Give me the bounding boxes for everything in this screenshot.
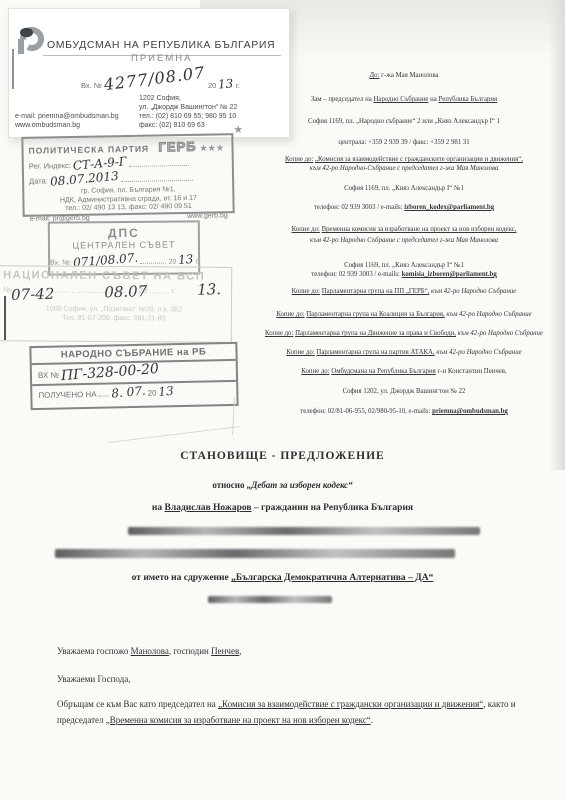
recipient-line: Копие до: Парламентарна група на Коалици… bbox=[250, 311, 558, 319]
recipient-line: София 1169, пл. „Княз Александър I“ №1 bbox=[250, 185, 558, 193]
body-paragraph: Обръщам се към Вас като председател на „… bbox=[57, 697, 519, 728]
address-line: 1202 София, bbox=[139, 94, 237, 103]
recipient-text: Копие до: bbox=[292, 226, 320, 233]
recipient-text: София 1169, пл. „Княз Александър I“ №1 bbox=[344, 262, 464, 269]
recipient-line: към 42-ро Народно Събрание с председател… bbox=[250, 237, 558, 245]
year-suffix: г. bbox=[236, 81, 240, 90]
ombudsman-letterhead: ОМБУДСМАН НА РЕПУБЛИКА БЪЛГАРИЯ ПРИЕМНА … bbox=[8, 8, 290, 138]
recipient-line: телефон: 02/81-06-955, 02/980-95-10, e-m… bbox=[250, 408, 558, 416]
bsp-address-line: Тел. 81-07-200, факс: 981-21-85 bbox=[3, 313, 225, 324]
greeting-text: , господин bbox=[169, 646, 211, 656]
dotted-line bbox=[121, 173, 193, 182]
subject-line: относно „Дебат за изборен кодекс“ bbox=[0, 480, 565, 490]
dps-subtitle: ЦЕНТРАЛЕН СЪВЕТ bbox=[50, 239, 198, 250]
date-label: Дата: bbox=[29, 176, 48, 185]
handwritten-ns-year: 13 bbox=[158, 384, 174, 399]
entry-number-field: Вх. № bbox=[81, 81, 102, 90]
dotted-line bbox=[129, 158, 189, 167]
national-assembly-stamp: НАРОДНО СЪБРАНИЕ на РБ ВХ № ПГ-328-00-20… bbox=[29, 342, 238, 410]
recipient-line: телефон: 02 939 3003 / e-mails: izboren_… bbox=[250, 204, 558, 212]
recipient-text: Копие до: bbox=[276, 311, 304, 318]
gerb-party-stamp: ★ ПОЛИТИЧЕСКА ПАРТИЯ ГЕРБ ★★★ Рег. Индек… bbox=[21, 133, 234, 217]
recipient-line: телефон: 02 939 3003 / e-mails: komisia_… bbox=[250, 271, 558, 279]
recipient-line: София 1169, пл. „Народно събрание“ 2 или… bbox=[250, 118, 558, 126]
recipient-text: Република България bbox=[439, 96, 498, 103]
recipient-line: Копие до: Парламентарна група на Движени… bbox=[250, 330, 558, 338]
letterhead-website: www.ombudsman.bg bbox=[15, 121, 119, 130]
recipient-text: Копие до: bbox=[301, 368, 329, 375]
ns-year-prefix: 20 bbox=[148, 389, 157, 398]
recipient-line: Копие до: Временна комисия за изработван… bbox=[250, 226, 558, 234]
dotted-line bbox=[141, 256, 167, 264]
scan-mark bbox=[4, 296, 6, 340]
handwritten-year: 13 bbox=[218, 76, 234, 91]
recipient-text: Копие до: bbox=[285, 156, 313, 163]
recipient-text: телефон: 02 939 3003 / e-mails: bbox=[314, 204, 404, 211]
address-line: ул. „Джордж Вашингтон“ № 22 bbox=[139, 103, 237, 112]
recipient-text: izboren_kodex@parliament.bg bbox=[404, 204, 494, 211]
recipient-text: Парламентарна група на Коалиция за Бълга… bbox=[306, 311, 444, 318]
recipient-text: на bbox=[428, 96, 438, 103]
recipient-name: Пенчев bbox=[211, 646, 239, 656]
greeting-text: Уважаема госпожо bbox=[57, 646, 131, 656]
committee-name: „Временна комисия за изработване на прое… bbox=[106, 715, 371, 725]
recipient-line: София 1202, ул. Джордж Вашингтон № 22 bbox=[250, 388, 558, 396]
committee-name: „Комисия за взаимодействие с граждански … bbox=[218, 699, 483, 709]
dps-title: ДПС bbox=[50, 225, 198, 240]
subject-quote: „Дебат за изборен кодекс“ bbox=[247, 480, 353, 490]
recipient-text: Зам – председател на bbox=[311, 96, 374, 103]
address-line: тел.: (02) 810 69 55; 980 95 10 bbox=[139, 112, 237, 121]
recipient-text: komisia_izboren@parliament.bg bbox=[402, 271, 497, 278]
priemna-entry-stamp: ПРИЕМНА Вх. № 4277/08.07 20 13 г. bbox=[81, 51, 241, 97]
handwritten-bsp-year: 13. bbox=[197, 280, 221, 299]
bsp-stamp: НАЦИОНАЛЕН СЪВЕТ НА БСП № ..............… bbox=[0, 265, 232, 343]
dps-year-prefix: 20 bbox=[169, 259, 177, 266]
paper-crease bbox=[108, 426, 239, 443]
gerb-website: www.gerb.bg bbox=[187, 212, 228, 220]
document-title: СТАНОВИЩЕ - ПРЕДЛОЖЕНИЕ bbox=[0, 450, 565, 462]
recipient-text: София 1169, пл. „Княз Александър I“ №1 bbox=[344, 185, 464, 192]
recipient-text: Парламентарна група на ПП „ГЕРБ“, bbox=[322, 288, 430, 295]
recipient-text: Парламентарна група на Движение за права… bbox=[295, 330, 456, 337]
recipient-text: Парламентарна група на партия АТАКА, bbox=[316, 349, 434, 356]
recipient-text: г-жа Мая Манолова bbox=[379, 72, 438, 79]
greeting-line: Уважаеми Господа, bbox=[57, 674, 130, 684]
recipient-line: Копие до: Омбудсмана на Република Българ… bbox=[250, 368, 558, 376]
greeting-text: , bbox=[239, 646, 241, 656]
paragraph-text: . bbox=[371, 715, 373, 725]
ns-entry-field: ВХ № bbox=[38, 371, 59, 380]
gerb-party-label: ПОЛИТИЧЕСКА ПАРТИЯ bbox=[28, 144, 149, 156]
recipient-line: Зам – председател на Народно Събрание на… bbox=[250, 96, 558, 104]
author-name: Владислав Ножаров bbox=[165, 503, 252, 513]
entry-number-row: Вх. № 4277/08.07 20 13 г. bbox=[81, 73, 240, 92]
handwritten-ns-number: ПГ-328-00-20 bbox=[61, 361, 160, 384]
recipient-text: към 42-ро Народно Събрание bbox=[429, 288, 516, 295]
recipient-text: София 1202, ул. Джордж Вашингтон № 22 bbox=[343, 388, 466, 395]
recipient-text: към 42-ро Народно Събрание bbox=[456, 330, 543, 337]
recipient-text: Копие до: bbox=[292, 288, 320, 295]
recipient-text: г-н Константин Пенчев, bbox=[436, 368, 507, 375]
recipient-text: priemna@ombudsman.bg bbox=[432, 408, 508, 415]
reg-index-label: Рег. Индекс: bbox=[29, 161, 71, 171]
year-prefix: 20 bbox=[208, 81, 216, 90]
handwritten-bsp-number: 07-42 bbox=[11, 285, 55, 304]
recipient-name: Манолова bbox=[131, 646, 169, 656]
recipient-text: към 42-ро Народно Събрание с председател… bbox=[310, 237, 498, 244]
ns-received-field: ПОЛУЧЕНО НА bbox=[38, 390, 96, 400]
recipient-text: Копие до: bbox=[286, 349, 314, 356]
handwritten-bsp-entry: 07-42 08.07 13. bbox=[11, 280, 221, 304]
author-prefix: на bbox=[152, 503, 165, 513]
handwritten-date: 08.07.2013 bbox=[49, 169, 119, 189]
gerb-address: гр. София, пл. България №1, НДК, Админис… bbox=[29, 185, 227, 214]
recipient-text: София 1169, пл. „Народно събрание“ 2 или… bbox=[308, 118, 500, 125]
recipient-text: към 42-ро Народно Събрание bbox=[445, 311, 532, 318]
recipient-line: централа: +359 2 939 39 / факс: +359 2 9… bbox=[250, 139, 558, 147]
ombudsman-eye-logo bbox=[15, 25, 45, 59]
handwritten-bsp-date: 08.07 bbox=[104, 282, 147, 301]
handwritten-entry-number: 4277/08.07 bbox=[103, 63, 206, 94]
recipient-text: към 42-ро Народно Събрание bbox=[435, 349, 522, 356]
greeting-line: Уважаема госпожо Манолова, господин Пенч… bbox=[57, 646, 241, 656]
recipient-text: Народно Събрание bbox=[374, 96, 429, 103]
redacted-line bbox=[55, 549, 455, 558]
recipient-text: Временна комисия за изработване на проек… bbox=[322, 226, 517, 233]
recipient-text: централа: +359 2 939 39 / факс: +359 2 9… bbox=[338, 139, 469, 146]
recipients: До: г-жа Мая МаноловаЗам – председател н… bbox=[250, 66, 558, 426]
recipient-text: телефон: 02 939 3003 / e-mails: bbox=[311, 271, 401, 278]
association-name: „Българска Демократична Алтернатива – ДА… bbox=[231, 573, 433, 583]
recipient-text: към 42-ро Народно-Събрание с председател… bbox=[310, 165, 499, 172]
letterhead-address-block: 1202 София, ул. „Джордж Вашингтон“ № 22 … bbox=[139, 94, 237, 130]
recipient-text: „Комисия за взаимодействие с гражданскит… bbox=[315, 156, 523, 163]
letterhead-email: e-mail: priemna@ombudsman.bg bbox=[15, 112, 119, 121]
redacted-line bbox=[128, 527, 480, 535]
recipient-line: До: г-жа Мая Манолова bbox=[250, 72, 558, 80]
gerb-date-row: Дата: 08.07.2013 bbox=[29, 169, 227, 186]
recipient-line: Копие до: „Комисия за взаимодействие с г… bbox=[250, 156, 558, 164]
dotted-line bbox=[99, 389, 109, 397]
handwritten-dps-year: 13 bbox=[178, 252, 194, 267]
org-title: ОМБУДСМАН НА РЕПУБЛИКА БЪЛГАРИЯ bbox=[47, 39, 275, 51]
recipient-text: До: bbox=[370, 72, 380, 79]
subject-prefix: относно bbox=[212, 480, 246, 490]
handwritten-ns-date: 8. 07. bbox=[110, 384, 145, 401]
gerb-logo: ГЕРБ bbox=[158, 139, 196, 155]
address-line: факс: (02) 810 69 63 bbox=[139, 121, 237, 130]
recipient-line: Копие до: Парламентарна група на партия … bbox=[250, 349, 558, 357]
author-line: на Владислав Ножаров – гражданин на Репу… bbox=[0, 503, 565, 513]
association-line: от името на сдружение „Българска Демокра… bbox=[0, 573, 565, 583]
author-suffix: – гражданин на Република България bbox=[252, 503, 414, 513]
dps-year-suffix: г. bbox=[195, 258, 199, 265]
redacted-line bbox=[208, 596, 332, 603]
recipient-line: София 1169, пл. „Княз Александър I“ №1 bbox=[250, 262, 558, 270]
recipient-text: Копие до: bbox=[265, 330, 293, 337]
recipient-line: Копие до: Парламентарна група на ПП „ГЕР… bbox=[250, 288, 558, 296]
bsp-address: 1000 София, ул. „Позитано“ №20, п.к. 382… bbox=[3, 304, 225, 324]
stars-icon: ★★★ bbox=[200, 143, 225, 152]
letterhead-mark bbox=[12, 49, 14, 89]
star-icon: ★ bbox=[233, 123, 243, 136]
recipient-text: Омбудсмана на Република България bbox=[331, 368, 436, 375]
priemna-label: ПРИЕМНА bbox=[131, 53, 192, 64]
recipient-text: телефон: 02/81-06-955, 02/980-95-10, e-m… bbox=[300, 408, 432, 415]
recipient-line: към 42-ро Народно-Събрание с председател… bbox=[250, 165, 558, 173]
letterhead-email-block: e-mail: priemna@ombudsman.bg www.ombudsm… bbox=[15, 112, 119, 130]
association-prefix: от името на сдружение bbox=[132, 573, 231, 583]
scanned-letter-page: ОМБУДСМАН НА РЕПУБЛИКА БЪЛГАРИЯ ПРИЕМНА … bbox=[0, 0, 565, 800]
paragraph-text: Обръщам се към Вас като председател на bbox=[57, 699, 218, 709]
